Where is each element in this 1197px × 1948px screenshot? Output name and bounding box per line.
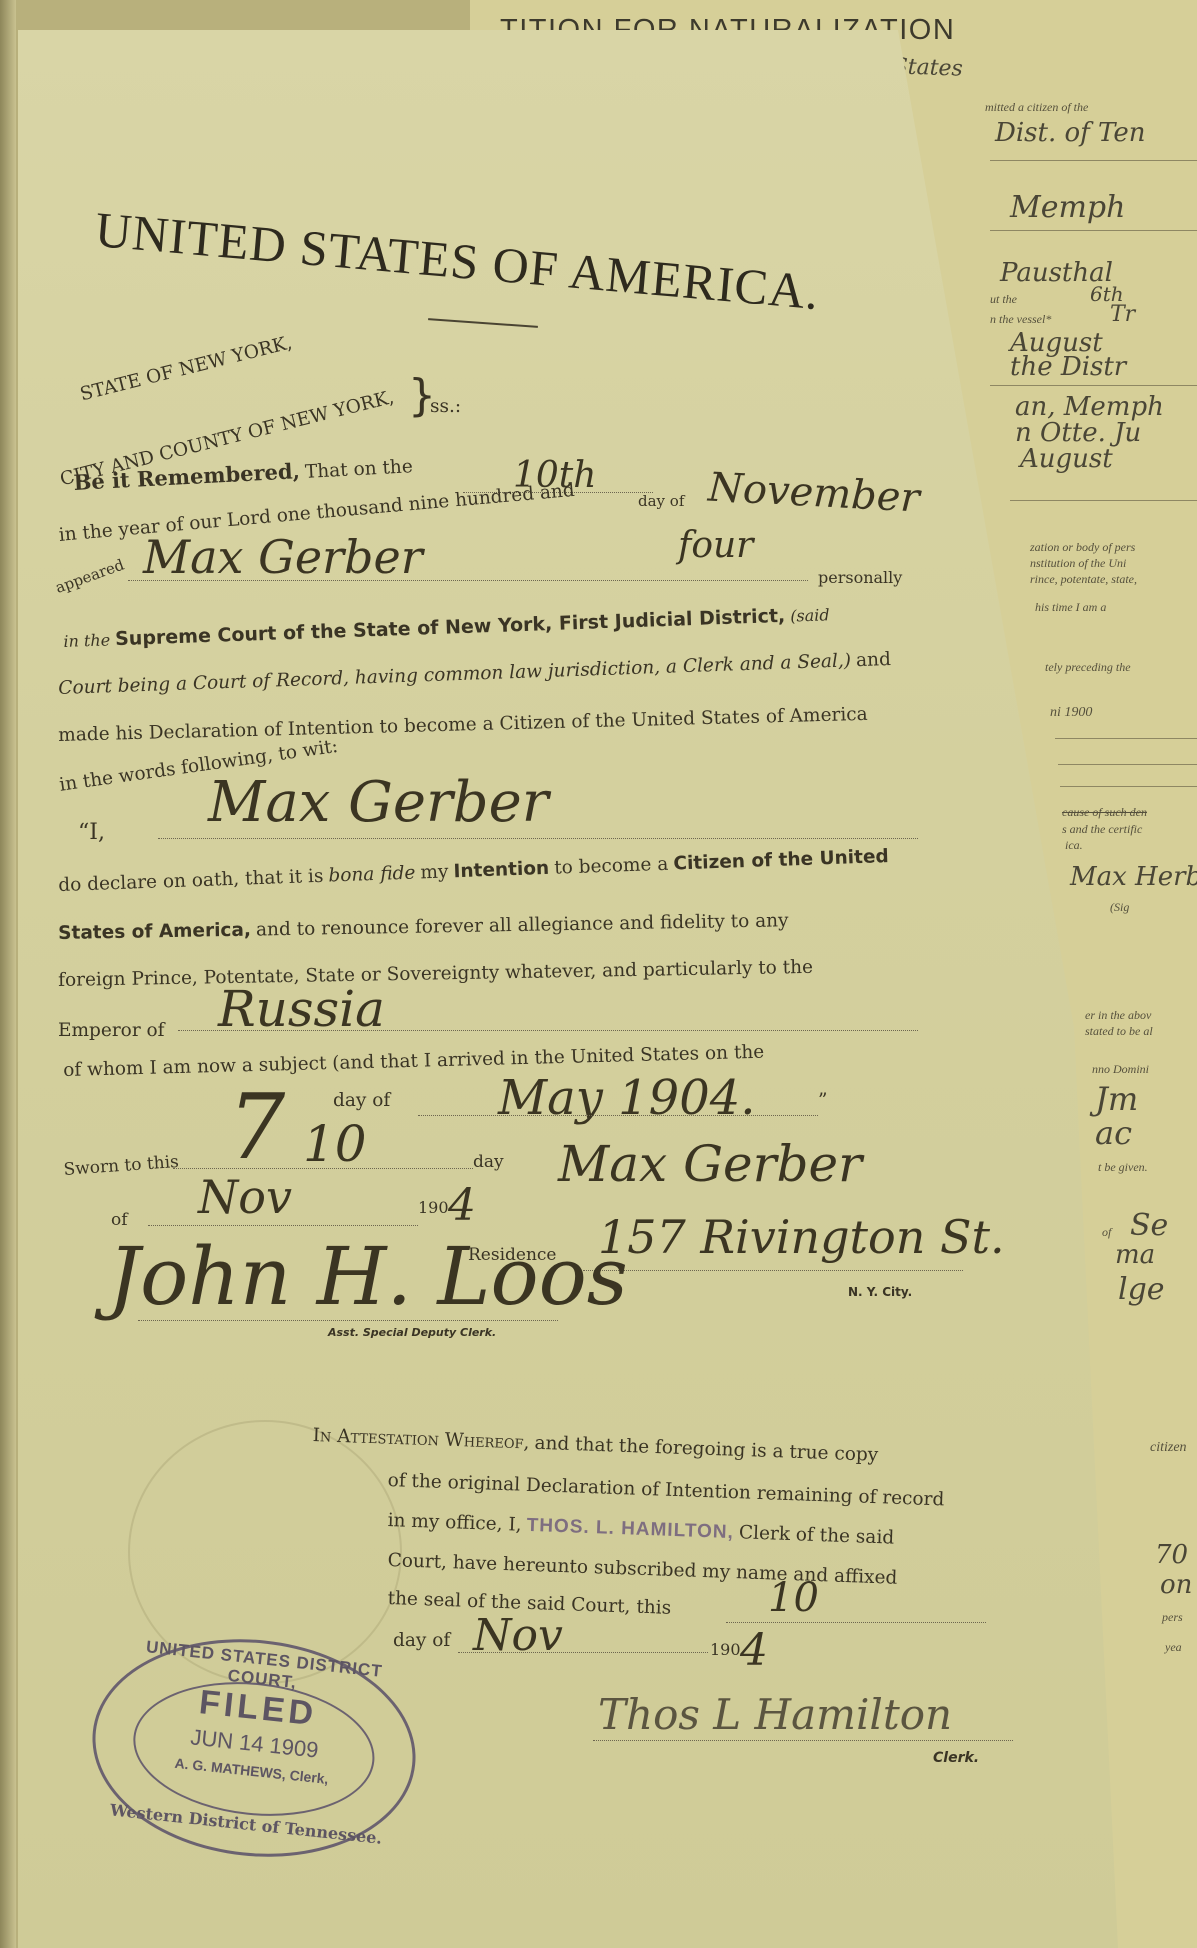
petition-handwriting: Memph xyxy=(1010,190,1125,225)
quote-i: “I, xyxy=(78,820,105,845)
petition-fragment: nno Domini xyxy=(1092,1062,1149,1077)
oath-line-1: do declare on oath, that it is bona fide… xyxy=(58,846,889,896)
petition-fragment: his time I am a xyxy=(1035,600,1106,615)
day-label: day xyxy=(473,1152,504,1172)
attestation-year-suffix: 4 xyxy=(740,1625,768,1676)
petition-fragment: cause of such den xyxy=(1062,805,1147,820)
petition-handwriting: ac xyxy=(1095,1114,1132,1152)
petition-fragment: zation or body of pers xyxy=(1030,540,1135,555)
court-of-record-line: Court being a Court of Record, having co… xyxy=(58,649,891,699)
day-of-label: day of xyxy=(333,1090,390,1111)
clerk-signature: John H. Loos xyxy=(108,1230,628,1323)
year-value: four xyxy=(678,525,753,566)
sworn-to-this-label: Sworn to this xyxy=(63,1152,179,1180)
that-on-the: That on the xyxy=(304,456,413,483)
appeared-label: appeared xyxy=(53,556,126,597)
declarant-signature: Max Gerber xyxy=(558,1135,862,1193)
petition-handwriting: the Distr xyxy=(1010,352,1126,382)
residence-value: 157 Rivington St. xyxy=(598,1210,1005,1264)
attestation-day-of: day of xyxy=(393,1630,450,1651)
emperor-of-label: Emperor of xyxy=(58,1020,165,1041)
petition-fragment: mitted a citizen of the xyxy=(985,100,1088,115)
heading: UNITED STATES OF AMERICA. xyxy=(93,200,822,321)
sworn-day-value: 10 xyxy=(303,1115,367,1173)
oath-line-2: States of America, and to renounce forev… xyxy=(58,910,789,944)
year-prefix: 190 xyxy=(418,1198,449,1217)
venue-state: STATE OF NEW YORK, xyxy=(78,332,294,405)
day-of-label: day of xyxy=(638,492,684,510)
sworn-month-value: Nov xyxy=(198,1170,292,1224)
attestation-year-prefix: 190 xyxy=(710,1640,741,1659)
arrival-day: 7 xyxy=(228,1075,285,1180)
court-name: Supreme Court of the State of New York, … xyxy=(115,605,786,650)
petition-fragment: (Sig xyxy=(1110,900,1129,915)
petition-fragment: t be given. xyxy=(1098,1160,1148,1175)
petition-handwriting: 70 xyxy=(1155,1540,1188,1570)
petition-fragment: ut the xyxy=(990,292,1017,307)
ornament-rule xyxy=(428,318,538,328)
petition-handwriting: Max Herb xyxy=(1070,862,1197,892)
petition-fragment: of xyxy=(1102,1225,1111,1240)
attestation-line-2: of the original Declaration of Intention… xyxy=(387,1470,944,1510)
attestation-line-1: In Attestation Whereof, and that the for… xyxy=(312,1425,878,1466)
petition-handwriting: Dist. of Ten xyxy=(995,118,1145,148)
hamilton-signature: Thos L Hamilton xyxy=(598,1690,952,1739)
clerk-title: Asst. Special Deputy Clerk. xyxy=(328,1326,496,1339)
arrival-month-year: May 1904. xyxy=(498,1070,756,1126)
clerk-name-stamp: THOS. L. HAMILTON, xyxy=(526,1515,734,1543)
oath-line-3: foreign Prince, Potentate, State or Sove… xyxy=(58,957,813,991)
petition-fragment: n the vessel* xyxy=(990,312,1051,327)
attestation-line-4: Court, have hereunto subscribed my name … xyxy=(387,1550,897,1589)
city-label: N. Y. City. xyxy=(848,1285,912,1299)
attestation-line-3: in my office, I, THOS. L. HAMILTON, Cler… xyxy=(387,1510,894,1550)
petition-handwriting: on xyxy=(1160,1570,1192,1600)
declarant-name: Max Gerber xyxy=(208,770,549,835)
petition-fragment: tely preceding the xyxy=(1045,660,1131,675)
petition-fragment: s and the certific xyxy=(1062,822,1142,837)
venue-ss: ss.: xyxy=(430,396,461,417)
petition-fragment: nstitution of the Uni xyxy=(1030,556,1126,571)
clerk-label: Clerk. xyxy=(933,1750,979,1766)
close-quote: ” xyxy=(818,1090,827,1111)
petition-handwriting: ma xyxy=(1115,1240,1155,1270)
of-label: of xyxy=(111,1210,128,1230)
petition-fragment: ica. xyxy=(1065,838,1083,853)
petition-handwriting: Tr xyxy=(1110,302,1135,327)
attestation-day-value: 10 xyxy=(768,1575,819,1621)
petition-handwriting: lge xyxy=(1118,1272,1165,1307)
petition-fragment: stated to be al xyxy=(1085,1024,1153,1039)
court-line: in the Supreme Court of the State of New… xyxy=(63,603,830,652)
attestation-month-value: Nov xyxy=(473,1610,563,1661)
petition-fragment: ni 1900 xyxy=(1050,705,1092,721)
petition-fragment: rince, potentate, state, xyxy=(1030,572,1137,587)
month-value: November xyxy=(707,464,921,521)
petition-fragment: yea xyxy=(1165,1640,1182,1655)
book-binding-edge xyxy=(0,0,16,1948)
appearant-name: Max Gerber xyxy=(143,530,423,584)
petition-handwriting: Se xyxy=(1130,1208,1168,1243)
petition-fragment: pers xyxy=(1162,1610,1183,1625)
year-suffix: 4 xyxy=(448,1180,476,1231)
petition-handwriting: Jm xyxy=(1095,1080,1138,1118)
personally-label: personally xyxy=(818,568,902,587)
declaration-line: made his Declaration of Intention to bec… xyxy=(58,704,868,746)
petition-fragment: citizen xyxy=(1150,1440,1187,1456)
petition-fragment: er in the abov xyxy=(1085,1008,1151,1023)
petition-handwriting: August xyxy=(1020,444,1113,474)
